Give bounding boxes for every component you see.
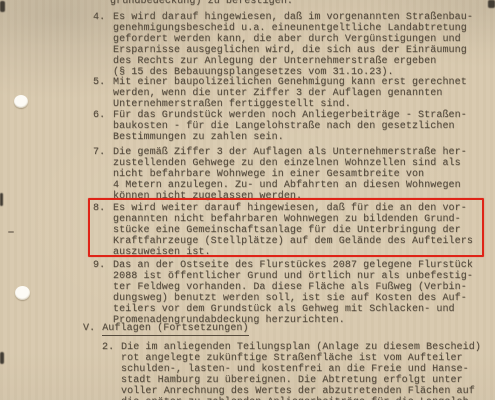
section-heading: V.Auflagen (Fortsetzungen) bbox=[83, 323, 249, 334]
numbered-item-4: 4. Es wird darauf hingewiesen, daß im vo… bbox=[93, 12, 489, 78]
section-title: Auflagen (Fortsetzungen) bbox=[102, 323, 248, 336]
scan-artifact-left-mid bbox=[0, 193, 3, 206]
hole-punch-top bbox=[14, 95, 28, 108]
scan-artifact-top-right bbox=[488, 0, 495, 8]
numbered-item-9: 9. Das an der Ostseite des Flurstückes 2… bbox=[93, 260, 489, 326]
item-number: 5. bbox=[93, 77, 113, 88]
scan-artifact-left-low bbox=[0, 352, 4, 364]
item-text: Die im anliegenden Teilungsplan (Anlage … bbox=[121, 342, 481, 400]
item-number: 6. bbox=[93, 110, 113, 121]
item-number: 7. bbox=[93, 147, 113, 158]
section-numeral: V. bbox=[83, 323, 95, 334]
item-text: Für das Grundstück werden noch Anliegerb… bbox=[113, 110, 467, 143]
hole-punch-bottom bbox=[15, 286, 30, 300]
numbered-item-7: 7. Die gemäß Ziffer 3 der Auflagen als U… bbox=[93, 147, 489, 202]
scan-artifact-top-left bbox=[0, 1, 5, 12]
margin-dash-mark bbox=[8, 231, 14, 233]
partial-top-line: grundbedeckung) zu befestigen. bbox=[110, 0, 293, 7]
item-text: Es wird darauf hingewiesen, daß im vorge… bbox=[113, 12, 473, 78]
item-number: 4. bbox=[93, 12, 113, 23]
item-text: Es wird weiter darauf hingewiesen, daß f… bbox=[113, 203, 473, 258]
item-text: Die gemäß Ziffer 3 der Auflagen als Unte… bbox=[113, 147, 467, 202]
item-text: Mit einer baupolizeilichen Genehmigung k… bbox=[113, 77, 467, 110]
item-number: 8. bbox=[93, 203, 113, 214]
scanned-document-page: grundbedeckung) zu befestigen. 4. Es wir… bbox=[0, 0, 495, 400]
item-text: Das an der Ostseite des Flurstückes 2087… bbox=[113, 260, 473, 326]
numbered-item-2-continuation: 2. Die im anliegenden Teilungsplan (Anla… bbox=[102, 342, 490, 400]
numbered-item-8-highlighted: 8. Es wird weiter darauf hingewiesen, da… bbox=[93, 203, 489, 258]
numbered-item-5: 5. Mit einer baupolizeilichen Genehmigun… bbox=[93, 77, 489, 110]
item-number: 2. bbox=[102, 342, 121, 353]
item-number: 9. bbox=[93, 260, 113, 271]
numbered-item-6: 6. Für das Grundstück werden noch Anlieg… bbox=[93, 110, 489, 143]
